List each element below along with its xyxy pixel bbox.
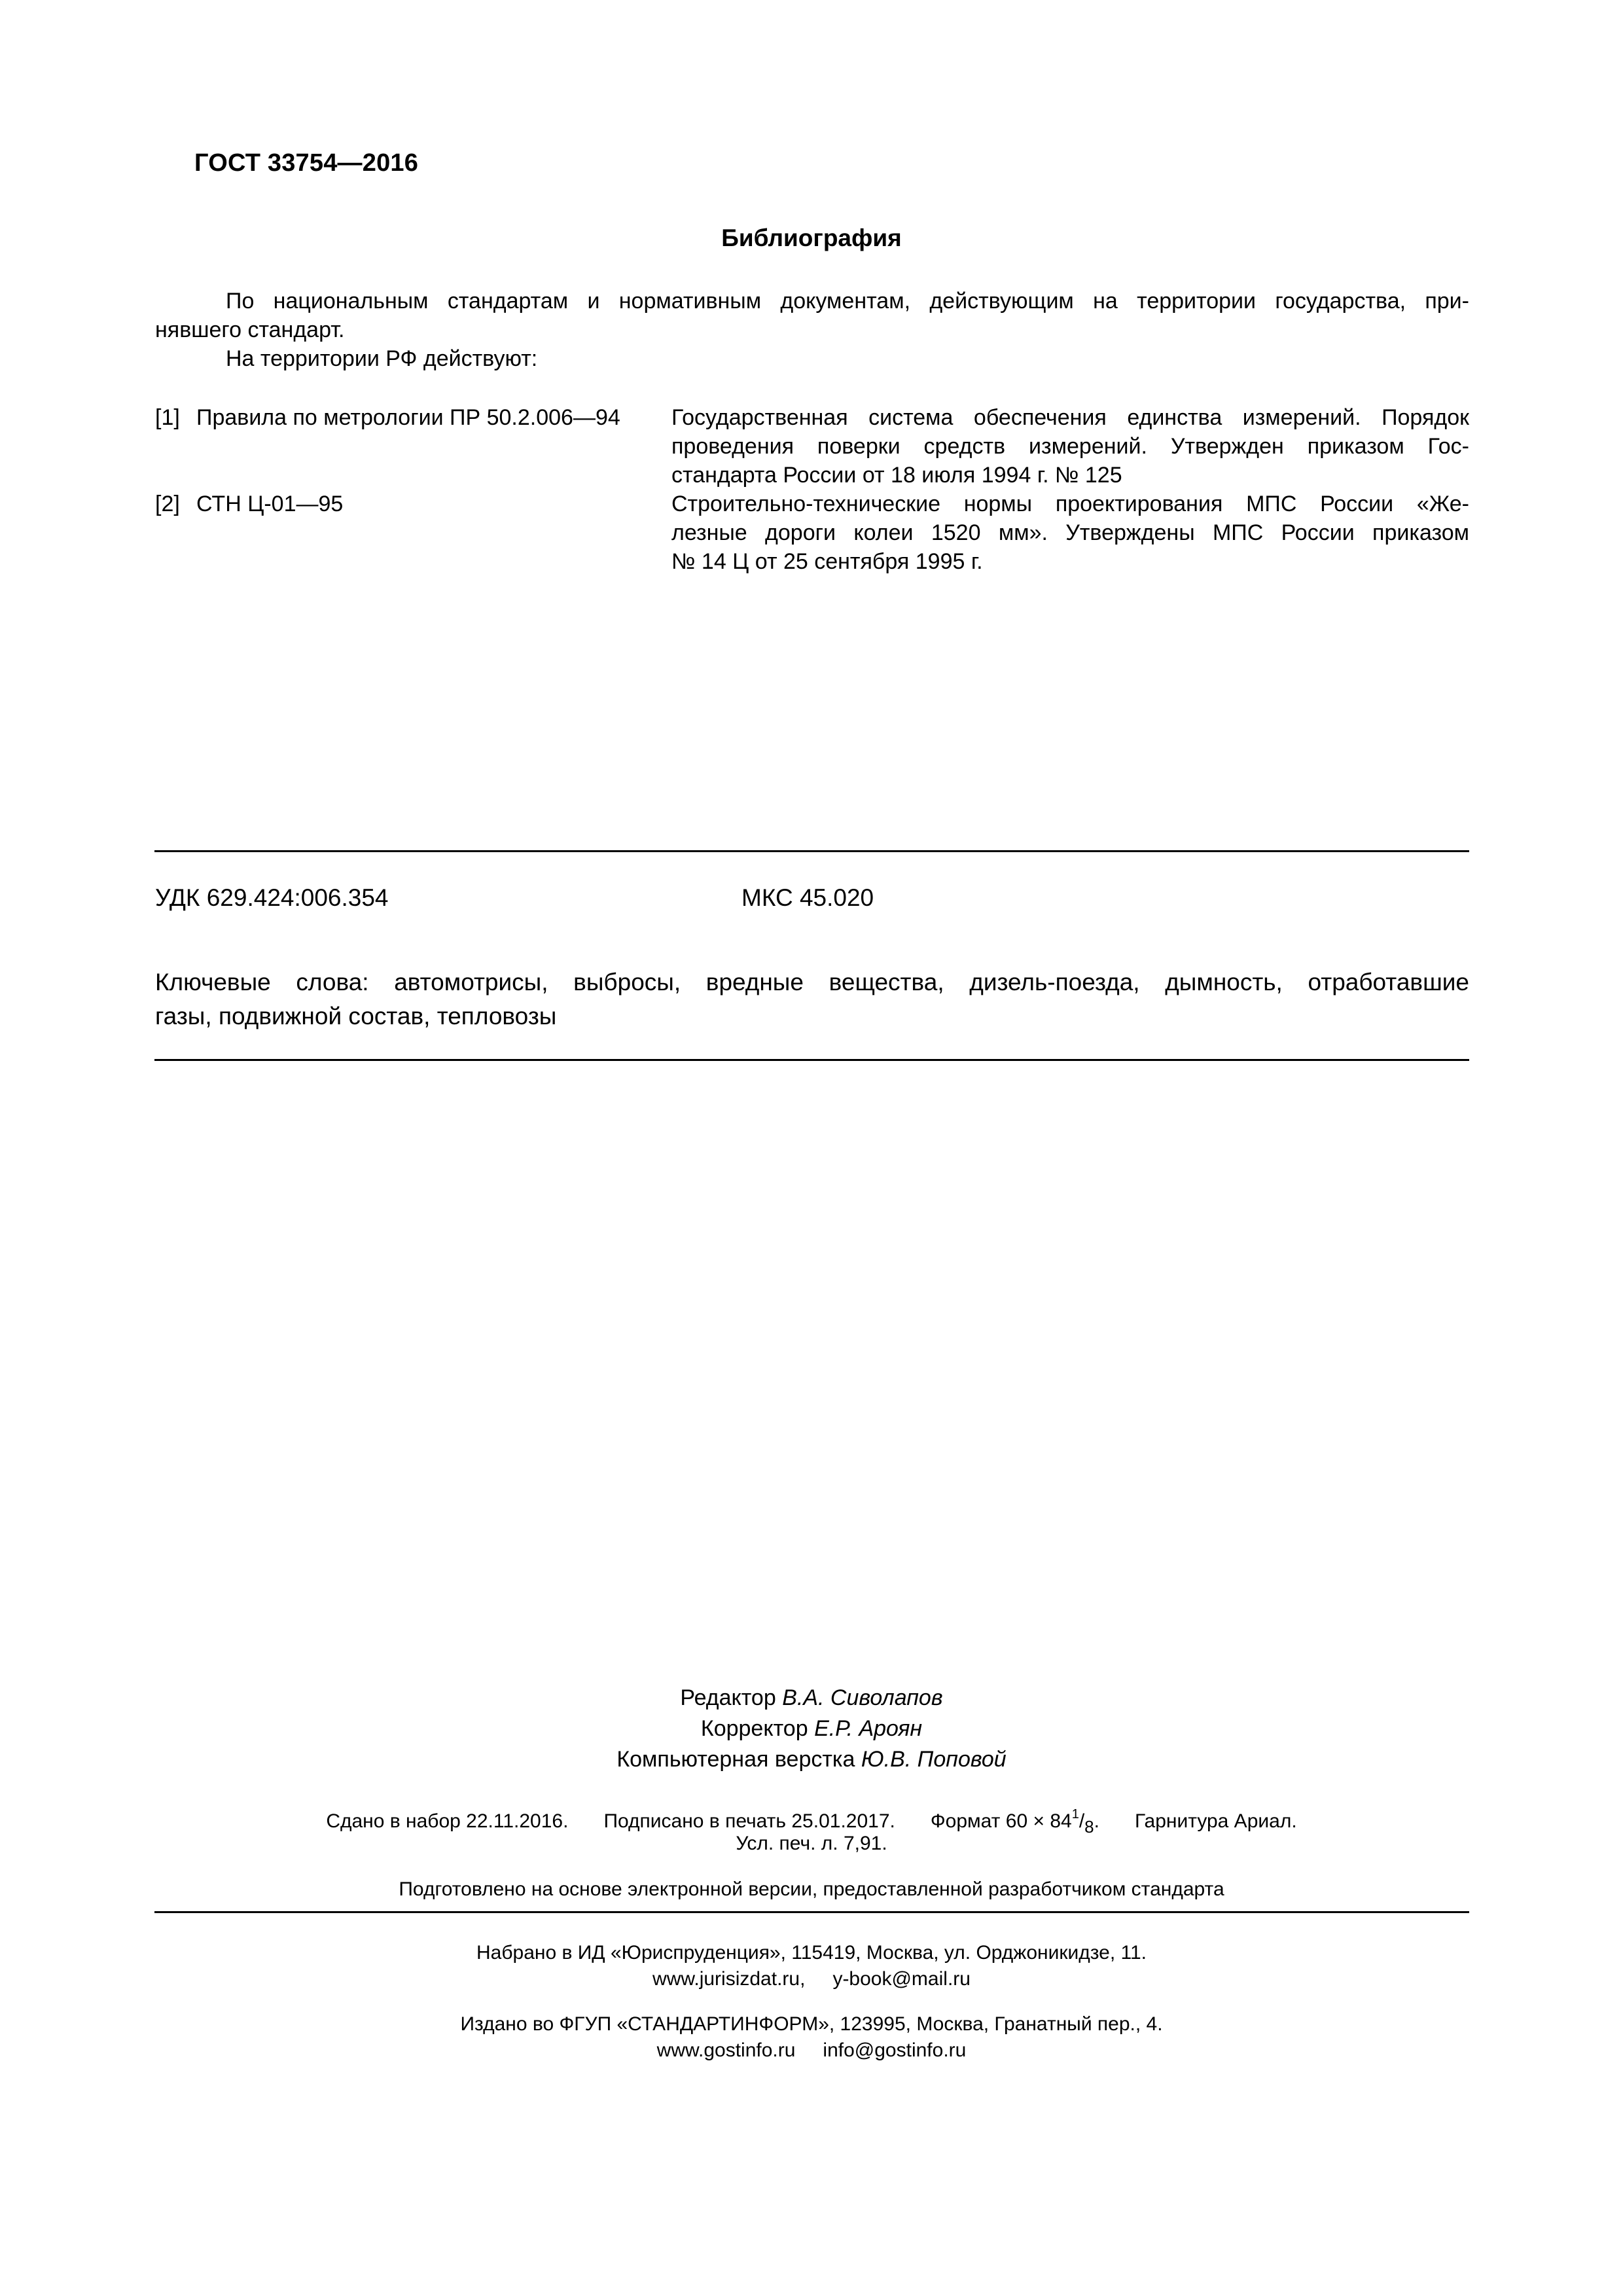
typeset-info: Набрано в ИД «Юриспруденция», 115419, Мо… (0, 1940, 1623, 1992)
entry-number: [2] (155, 490, 196, 576)
intro-line-1: По национальным стандартам и нормативным… (155, 287, 1469, 315)
credit-editor: Редактор В.А. Сиволапов (0, 1683, 1623, 1713)
keywords-line-1: Ключевые слова: автомотрисы, выбросы, вр… (155, 965, 1469, 999)
submitted-date: Сдано в набор 22.11.2016. (326, 1810, 568, 1832)
divider-middle (154, 1059, 1469, 1061)
intro-paragraph: По национальным стандартам и нормативным… (155, 287, 1469, 315)
entry-desc-line: Строительно-технические нормы проектиров… (671, 490, 1469, 518)
typeset-website-link[interactable]: www.jurisizdat.ru, (652, 1968, 805, 1990)
layout-label: Компьютерная верстка (616, 1747, 855, 1772)
entry-desc-line: Государственная система обеспечения един… (671, 403, 1469, 432)
prepared-note: Подготовлено на основе электронной верси… (0, 1878, 1623, 1901)
credit-corrector: Корректор Е.Р. Ароян (0, 1713, 1623, 1744)
editor-label: Редактор (680, 1685, 776, 1710)
typeset-address: Набрано в ИД «Юриспруденция», 115419, Мо… (0, 1940, 1623, 1966)
intro-territory: На территории РФ действуют: (155, 344, 1469, 373)
editor-name: В.А. Сиволапов (782, 1685, 942, 1710)
document-number: ГОСТ 33754—2016 (194, 149, 418, 177)
print-imprint: Сдано в набор 22.11.2016.Подписано в печ… (0, 1810, 1623, 1855)
layout-name: Ю.В. Поповой (861, 1747, 1007, 1772)
format: Формат 60 × 841/8. (931, 1810, 1099, 1832)
bibliography-entry: [2] СТН Ц-01—95 Строительно-технические … (155, 490, 1469, 576)
divider-bottom (154, 1911, 1469, 1913)
mks-code: МКС 45.020 (741, 884, 874, 912)
format-denominator: 8 (1084, 1817, 1094, 1837)
entry-desc-line: проведения поверки средств измерений. Ут… (671, 432, 1469, 461)
bibliography-entry: [1] Правила по метрологии ПР 50.2.006—94… (155, 403, 1469, 490)
bibliography-intro: По национальным стандартам и нормативным… (155, 287, 1469, 373)
publisher-website-link[interactable]: www.gostinfo.ru (657, 2039, 796, 2061)
imprint-line: Сдано в набор 22.11.2016.Подписано в печ… (0, 1810, 1623, 1833)
publisher-info: Издано во ФГУП «СТАНДАРТИНФОРМ», 123995,… (0, 2011, 1623, 2064)
keywords: Ключевые слова: автомотрисы, выбросы, вр… (155, 965, 1469, 1033)
keywords-line-2: газы, подвижной состав, тепловозы (155, 999, 1469, 1033)
udk-code: УДК 629.424:006.354 (155, 884, 389, 912)
section-title: Библиография (0, 224, 1623, 252)
credit-layout: Компьютерная верстка Ю.В. Поповой (0, 1744, 1623, 1775)
print-sheets: Усл. печ. л. 7,91. (0, 1833, 1623, 1855)
publisher-address: Издано во ФГУП «СТАНДАРТИНФОРМ», 123995,… (0, 2011, 1623, 2037)
publisher-contacts: www.gostinfo.ruinfo@gostinfo.ru (0, 2037, 1623, 2064)
entry-description: Государственная система обеспечения един… (671, 403, 1469, 490)
entry-reference: СТН Ц-01—95 (196, 490, 671, 576)
divider-top (154, 850, 1469, 852)
typeface: Гарнитура Ариал. (1135, 1810, 1297, 1832)
bibliography-list: [1] Правила по метрологии ПР 50.2.006—94… (155, 403, 1469, 576)
entry-desc-line: лезные дороги колеи 1520 мм». Утверждены… (671, 518, 1469, 547)
intro-line-2: нявшего стандарт. (155, 315, 1469, 344)
format-slash: / (1079, 1810, 1084, 1832)
signed-date: Подписано в печать 25.01.2017. (603, 1810, 895, 1832)
entry-desc-line: стандарта России от 18 июля 1994 г. № 12… (671, 461, 1469, 490)
format-numerator: 1 (1072, 1807, 1079, 1821)
corrector-name: Е.Р. Ароян (814, 1716, 922, 1741)
entry-desc-line: № 14 Ц от 25 сентября 1995 г. (671, 547, 1469, 576)
typeset-contacts: www.jurisizdat.ru,y-book@mail.ru (0, 1966, 1623, 1992)
publisher-email-link[interactable]: info@gostinfo.ru (823, 2039, 966, 2061)
format-prefix: Формат 60 × 84 (931, 1810, 1072, 1832)
format-suffix: . (1094, 1810, 1099, 1832)
corrector-label: Корректор (701, 1716, 808, 1741)
entry-number: [1] (155, 403, 196, 490)
typeset-email-link[interactable]: y-book@mail.ru (832, 1968, 971, 1990)
entry-reference: Правила по метрологии ПР 50.2.006—94 (196, 403, 671, 490)
entry-description: Строительно-технические нормы проектиров… (671, 490, 1469, 576)
credits: Редактор В.А. Сиволапов Корректор Е.Р. А… (0, 1683, 1623, 1775)
